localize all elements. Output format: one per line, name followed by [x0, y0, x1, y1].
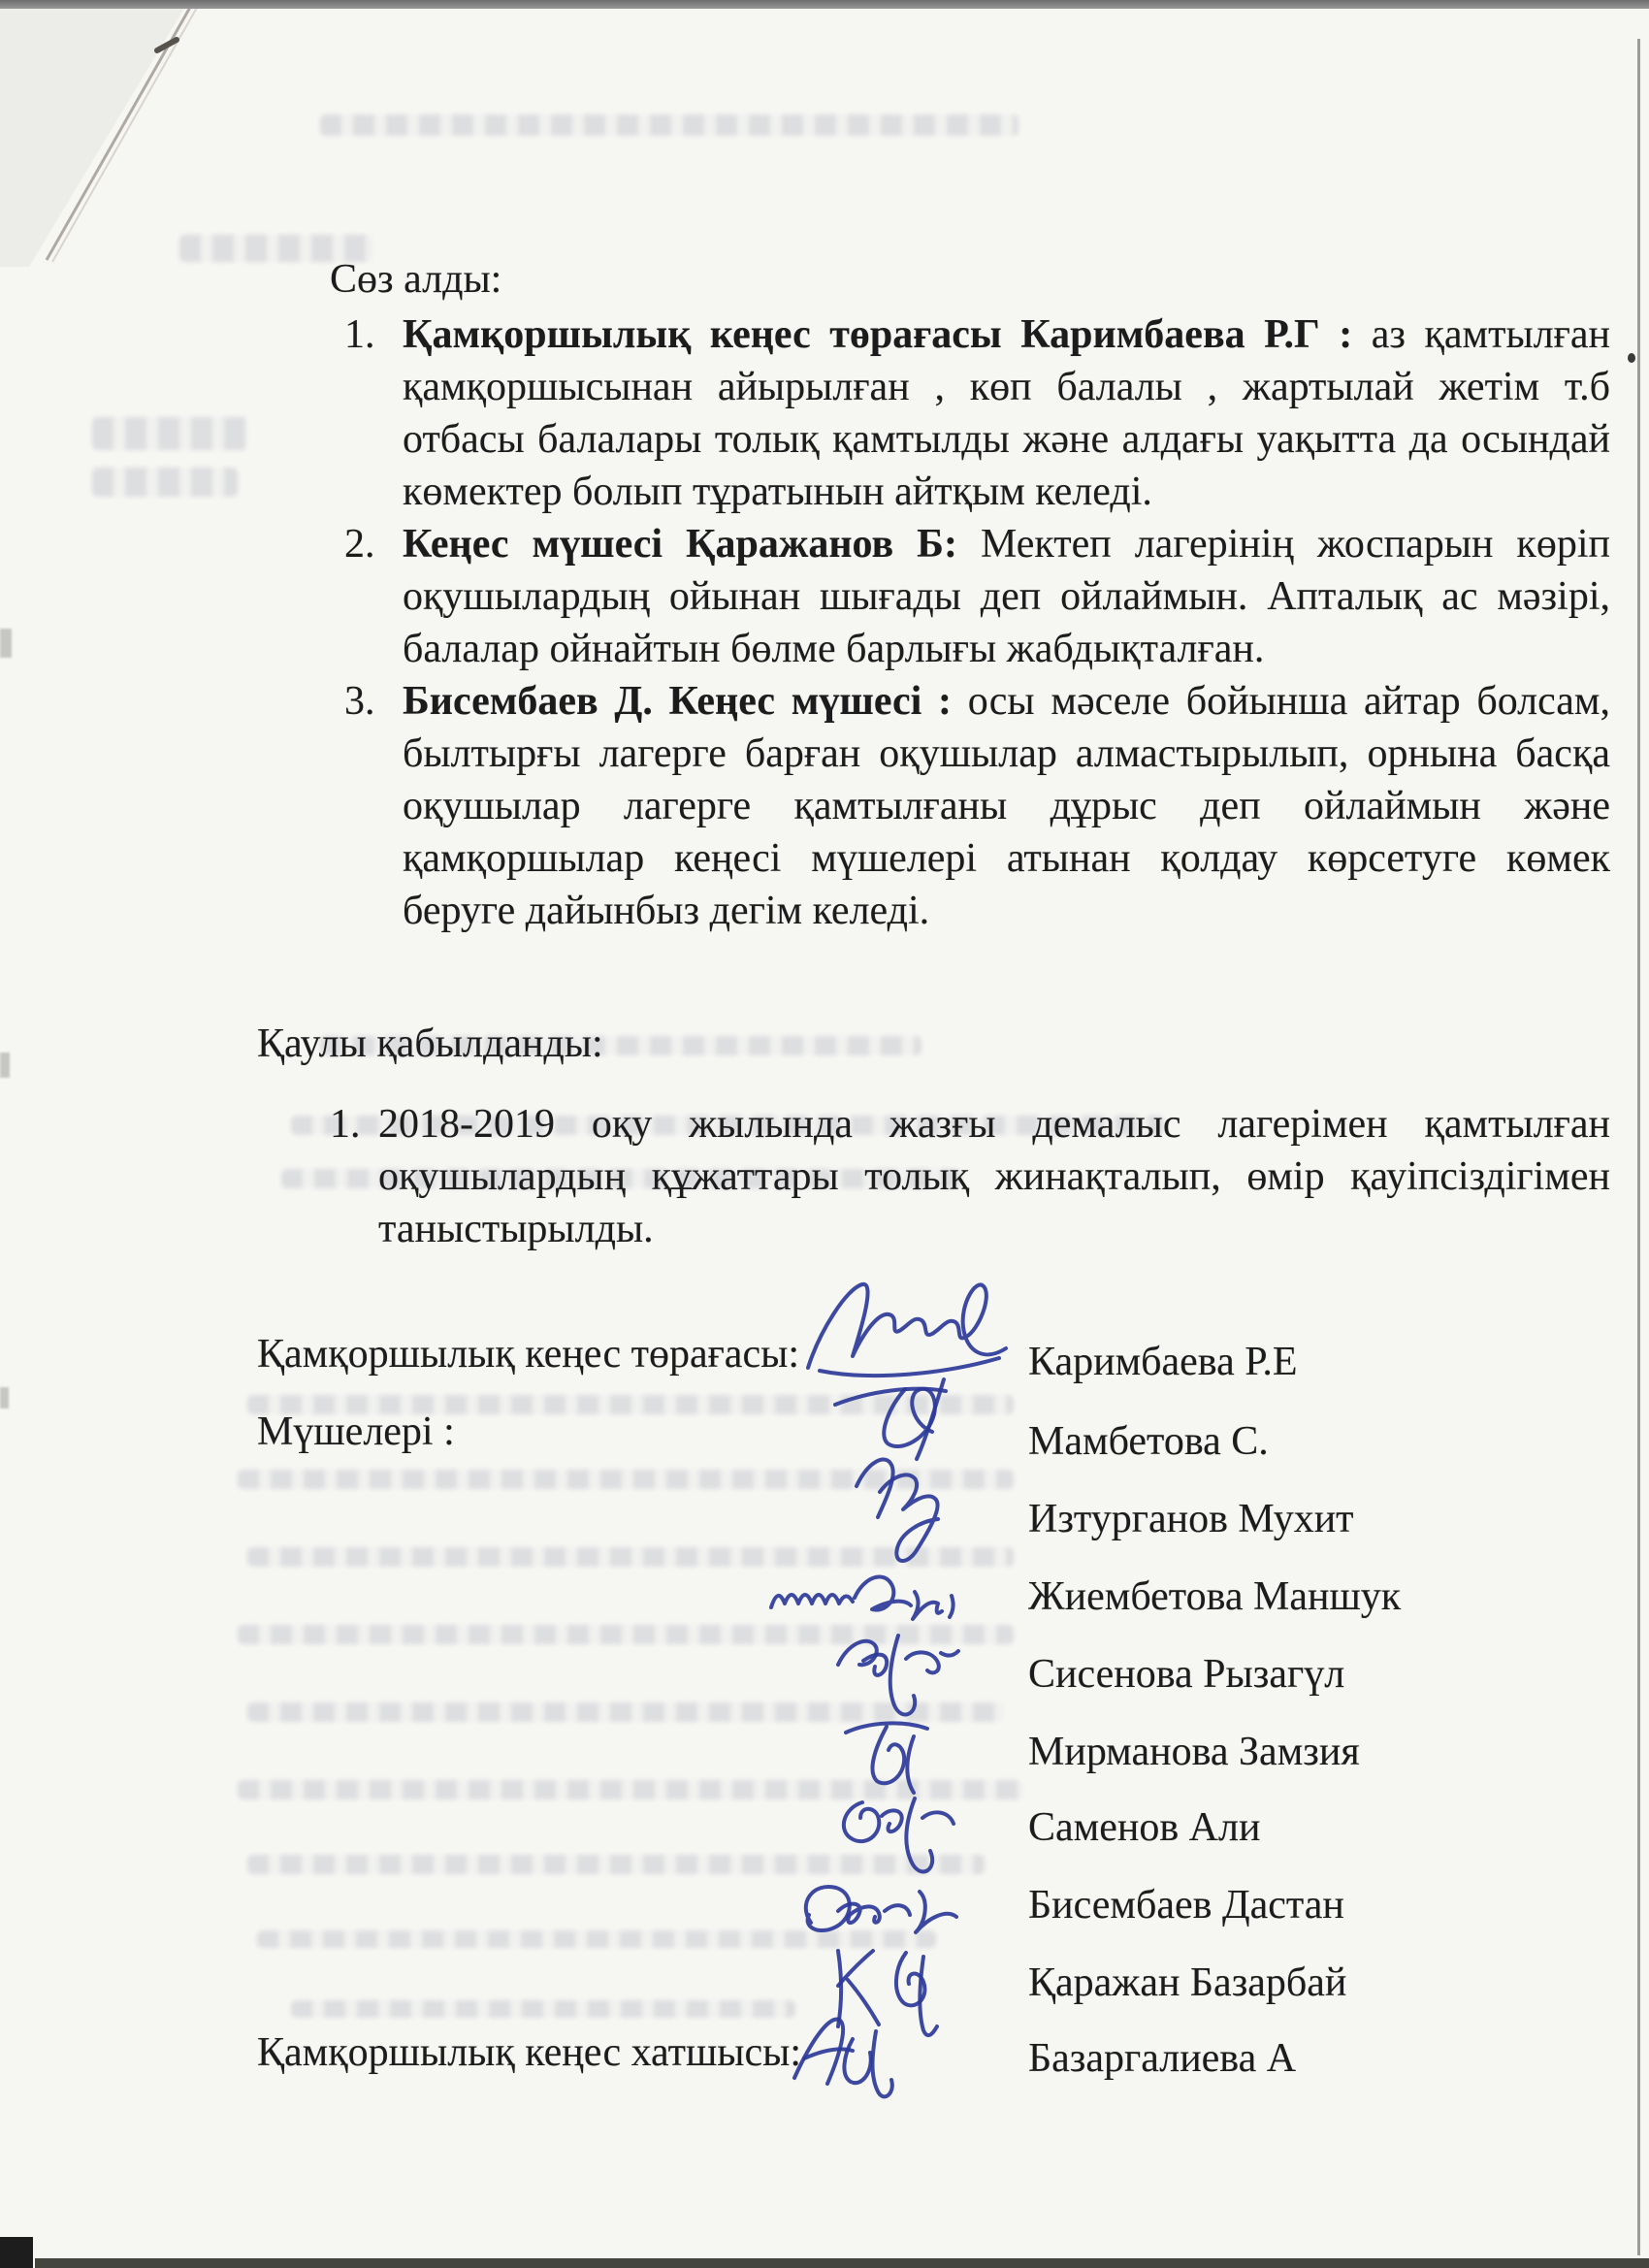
member-name: Қаражан Базарбай [1028, 1960, 1346, 2006]
member-name: Сисенова Рызагүл [1028, 1651, 1344, 1698]
resolution-item-text: 2018-2019 оқу жылында жазғы демалыс лаге… [378, 1102, 1610, 1251]
stray-ink-dot [1628, 353, 1635, 363]
speech-list: 1.Қамқоршылық кеңес төрағасы Каримбаева … [344, 308, 1610, 937]
speech-item-number: 2. [344, 518, 375, 570]
page-edge-shadow [1637, 39, 1640, 2255]
member-name: Мамбетова С. [1028, 1418, 1269, 1465]
bottom-scan-block [0, 2237, 33, 2268]
bottom-scan-strip [35, 2258, 1649, 2268]
bleedthrough-artifact [92, 417, 247, 450]
secretary-name: Базаргалиева А [1028, 2035, 1296, 2082]
speech-item-speaker: Кеңес мүшесі Қаражанов Б: [403, 522, 957, 567]
bleedthrough-artifact [320, 114, 1018, 136]
speech-item: 3.Бисембаев Д. Кеңес мүшесі : осы мәселе… [344, 675, 1610, 937]
speech-item-number: 3. [344, 675, 375, 728]
chairman-label: Қамқоршылық кеңес төрағасы: [257, 1331, 799, 1377]
secretary-label: Қамқоршылық кеңес хатшысы: [257, 2029, 801, 2076]
left-edge-mark [0, 629, 12, 658]
left-edge-mark [0, 1053, 10, 1078]
speech-item: 2.Кеңес мүшесі Қаражанов Б: Мектеп лагер… [344, 518, 1610, 675]
bleedthrough-artifact [291, 2000, 795, 2018]
speech-item-speaker: Бисембаев Д. Кеңес мүшесі : [403, 679, 952, 724]
left-edge-mark [0, 1387, 9, 1409]
chairman-name: Каримбаева Р.Е [1028, 1339, 1298, 1385]
resolution-item: 1.2018-2019 оқу жылында жазғы демалыс ла… [330, 1098, 1610, 1255]
resolution-list: 1.2018-2019 оқу жылында жазғы демалыс ла… [330, 1098, 1610, 1255]
scanned-document-page: Сөз алды: 1.Қамқоршылық кеңес төрағасы К… [0, 0, 1649, 2268]
member-name: Изтурганов Мухит [1028, 1496, 1354, 1542]
member-name: Саменов Али [1028, 1804, 1260, 1851]
resolution-section-heading: Қаулы қабылданды: [257, 1019, 603, 1069]
resolution-item-number: 1. [330, 1098, 361, 1150]
speech-item: 1.Қамқоршылық кеңес төрағасы Каримбаева … [344, 308, 1610, 518]
member-name: Бисембаев Дастан [1028, 1882, 1344, 1928]
top-scan-strip [0, 0, 1649, 9]
bleedthrough-artifact [92, 468, 238, 497]
member-name: Жиембетова Маншук [1028, 1573, 1401, 1620]
speech-item-number: 1. [344, 308, 375, 361]
speech-item-speaker: Қамқоршылық кеңес төрағасы Каримбаева Р.… [403, 312, 1352, 357]
speech-section-heading: Сөз алды: [330, 254, 501, 305]
members-label: Мүшелері : [257, 1409, 455, 1455]
secretary-signature-ink [771, 1996, 946, 2113]
member-name: Мирманова Замзия [1028, 1729, 1360, 1775]
